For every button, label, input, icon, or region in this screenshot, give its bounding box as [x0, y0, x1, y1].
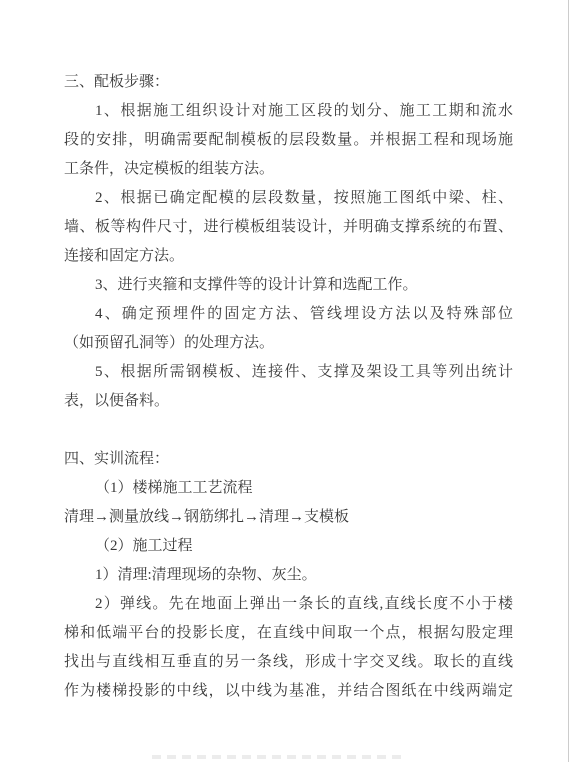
text-line: 5、根据所需钢模板、连接件、支撑及架设工具等列出统计	[64, 358, 513, 387]
text-line: 找出与直线相互垂直的另一条线，形成十字交叉线。取长的直线	[64, 648, 513, 677]
next-line-cutoff-remnant	[152, 755, 402, 759]
section-heading-formwork-steps: 三、配板步骤：	[64, 68, 513, 97]
blank-line	[64, 416, 513, 445]
text-line: 连接和固定方法。	[64, 242, 513, 271]
text-line: （2）施工过程	[64, 532, 513, 561]
process-flow-line: 清理→测量放线→钢筋绑扎→清理→支模板	[64, 503, 513, 532]
page-edge-line	[568, 0, 569, 762]
section-heading-training-process: 四、实训流程：	[64, 445, 513, 474]
text-line: 2）弹线。先在地面上弹出一条长的直线,直线长度不小于楼	[64, 590, 513, 619]
text-line: 工条件，决定模板的组装方法。	[64, 155, 513, 184]
document-body: 三、配板步骤： 1、根据施工组织设计对施工区段的划分、施工工期和流水 段的安排，…	[64, 68, 513, 706]
text-line: 4、确定预埋件的固定方法、管线埋设方法以及特殊部位	[64, 300, 513, 329]
text-line: 段的安排，明确需要配制模板的层段数量。并根据工程和现场施	[64, 126, 513, 155]
text-line: 1）清理:清理现场的杂物、灰尘。	[64, 561, 513, 590]
text-line: 墙、板等构件尺寸，进行模板组装设计，并明确支撑系统的布置、	[64, 213, 513, 242]
text-line: （1）楼梯施工工艺流程	[64, 474, 513, 503]
text-line: 表，以便备料。	[64, 387, 513, 416]
text-line: （如预留孔洞等）的处理方法。	[64, 329, 513, 358]
text-line: 1、根据施工组织设计对施工区段的划分、施工工期和流水	[64, 97, 513, 126]
document-page: 三、配板步骤： 1、根据施工组织设计对施工区段的划分、施工工期和流水 段的安排，…	[0, 0, 576, 762]
text-line: 3、进行夹箍和支撑件等的设计计算和选配工作。	[64, 271, 513, 300]
text-line: 梯和低端平台的投影长度，在直线中间取一个点，根据勾股定理	[64, 619, 513, 648]
text-line: 作为楼梯投影的中线，以中线为基准，并结合图纸在中线两端定	[64, 677, 513, 706]
text-line: 2、根据已确定配模的层段数量，按照施工图纸中梁、柱、	[64, 184, 513, 213]
